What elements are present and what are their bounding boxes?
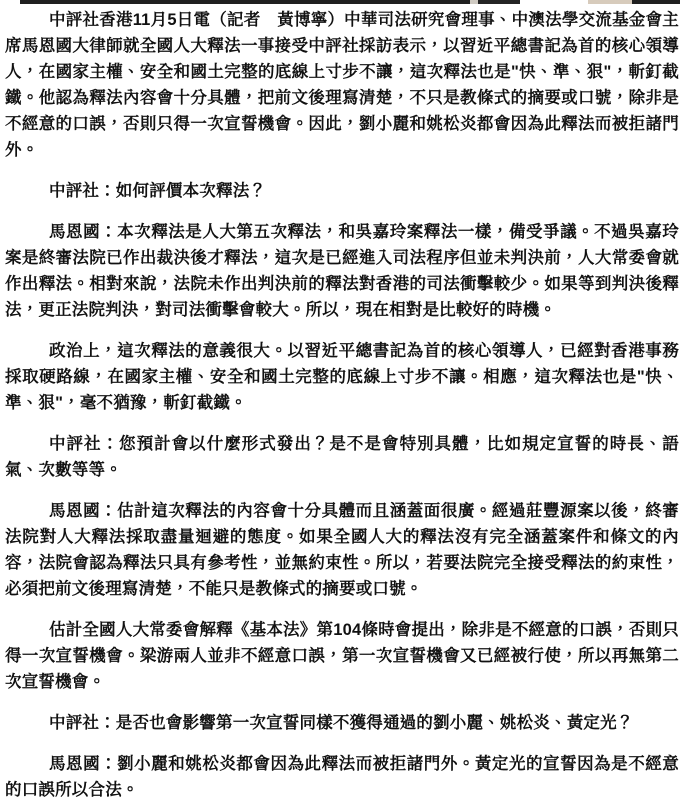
answer-paragraph-3: 馬恩國：估計這次釋法的內容會十分具體而且涵蓋面很廣。經過莊豐源案以後，終審法院對… [5,498,679,602]
answer-paragraph-5: 馬恩國：劉小麗和姚松炎都會因為此釋法而被拒諸門外。黃定光的宣誓因為是不經意的口誤… [5,751,679,800]
question-paragraph-1: 中評社：如何評價本次釋法？ [5,178,679,204]
answer-paragraph-2: 政治上，這次釋法的意義很大。以習近平總書記為首的核心領導人，已經對香港事務採取硬… [5,338,679,416]
photo-edge-segment [470,0,478,4]
article-page: 中評社香港11月5日電（記者 黃博寧）中華司法研究會理事、中澳法學交流基金會主席… [0,0,693,800]
lead-paragraph: 中評社香港11月5日電（記者 黃博寧）中華司法研究會理事、中澳法學交流基金會主席… [5,7,679,163]
photo-edge-segment [478,0,520,4]
photo-edge-segment [20,0,470,4]
answer-paragraph-4: 估計全國人大常委會解釋《基本法》第104條時會提出，除非是不經意的口誤，否則只得… [5,617,679,695]
cropped-photo-bottom-edge [0,0,693,4]
question-paragraph-2: 中評社：您預計會以什麼形式發出？是不是會特別具體，比如規定宣誓的時長、語氣、次數… [5,431,679,483]
photo-edge-segment [632,0,680,4]
photo-edge-segment [588,0,632,4]
answer-paragraph-1: 馬恩國：本次釋法是人大第五次釋法，和吳嘉玲案釋法一樣，備受爭議。不過吳嘉玲案是終… [5,219,679,323]
question-paragraph-3: 中評社：是否也會影響第一次宣誓同樣不獲得通過的劉小麗、姚松炎、黃定光？ [5,710,679,736]
article-body: 中評社香港11月5日電（記者 黃博寧）中華司法研究會理事、中澳法學交流基金會主席… [0,4,693,800]
